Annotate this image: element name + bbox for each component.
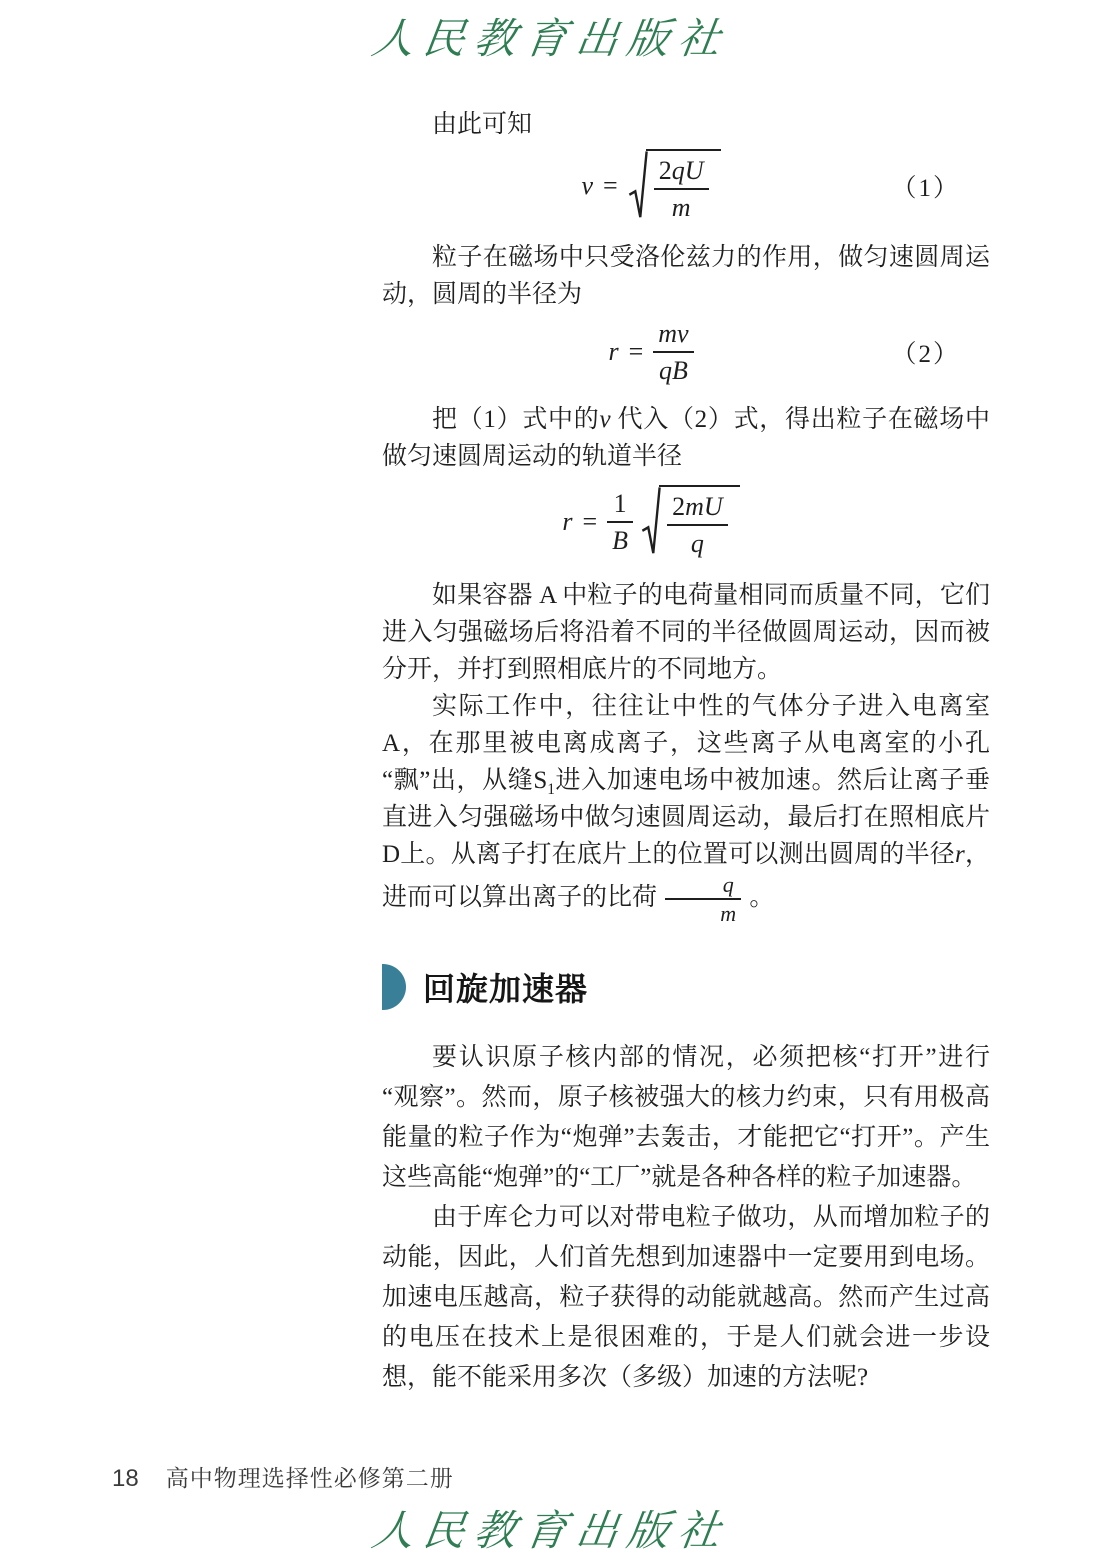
eq1-numerator: 2qU xyxy=(654,156,709,188)
equation-2-body: r = mv qB xyxy=(608,319,693,385)
eq2-fraction: mv qB xyxy=(653,319,693,385)
section-heading-cyclotron: 回旋加速器 xyxy=(382,963,990,1010)
eq3-coef-denominator: B xyxy=(607,521,633,555)
eq2-equals: = xyxy=(629,337,644,367)
eq3-denominator: q xyxy=(667,524,728,558)
eq3-fraction: 2mU q xyxy=(667,492,728,558)
paragraph-coulomb-force: 由于库仑力可以对带电粒子做功，从而增加粒子的动能，因此，人们首先想到加速器中一定… xyxy=(382,1198,990,1398)
radical-sign-icon xyxy=(641,485,661,559)
eq1-equals: = xyxy=(603,171,618,201)
paragraph-substitution: 把（1）式中的v 代入（2）式，得出粒子在磁场中做匀速圆周运动的轨道半径 xyxy=(382,401,990,475)
subscript: 1 xyxy=(547,781,555,798)
eq1-radicand: 2qU m xyxy=(646,149,721,222)
eq3-coefficient-fraction: 1 B xyxy=(607,489,633,555)
equation-3: r = 1 B 2mU q xyxy=(382,485,990,559)
section-marker-icon xyxy=(382,964,406,1010)
page-content: 由此可知 v = 2qU m （1） xyxy=(382,0,990,1398)
equation-2: r = mv qB （2） xyxy=(382,319,990,385)
equation-1-body: v = 2qU m xyxy=(582,149,721,223)
textbook-page: 人民教育出版社 由此可知 v = 2qU m xyxy=(0,0,1102,1559)
eq3-equals: = xyxy=(583,507,598,537)
inline-math: v xyxy=(599,406,610,433)
eq3-square-root: 2mU q xyxy=(641,485,740,559)
inline-math: r xyxy=(955,841,965,868)
eq1-lhs: v xyxy=(582,171,594,201)
equation-2-number: （2） xyxy=(891,334,960,370)
eq2-numerator: mv xyxy=(653,319,693,351)
inline-fraction: qm xyxy=(665,873,741,925)
eq3-radicand: 2mU q xyxy=(659,485,740,558)
section-title: 回旋加速器 xyxy=(423,964,588,1010)
eq3-num-vars: mU xyxy=(685,492,723,521)
eq3-num-coeff: 2 xyxy=(672,492,685,521)
eq1-square-root: 2qU m xyxy=(628,149,721,223)
page-footer: 18 高中物理选择性必修第二册 xyxy=(112,1460,454,1493)
eq2-lhs: r xyxy=(608,337,618,367)
book-title: 高中物理选择性必修第二册 xyxy=(166,1460,454,1493)
eq1-num-coeff: 2 xyxy=(659,156,672,185)
paragraph-practical-work: 实际工作中，往往让中性的气体分子进入电离室A，在那里被电离成离子，这些离子从电离… xyxy=(382,688,990,925)
equation-1: v = 2qU m （1） xyxy=(382,149,990,223)
eq3-coef-numerator: 1 xyxy=(607,489,633,521)
eq1-denominator: m xyxy=(654,188,709,222)
eq3-lhs: r xyxy=(562,507,572,537)
intro-text: 由此可知 xyxy=(382,106,990,143)
eq3-numerator: 2mU xyxy=(667,492,728,524)
paragraph-nucleus: 要认识原子核内部的情况，必须把核“打开”进行“观察”。然而，原子核被强大的核力约… xyxy=(382,1038,990,1198)
eq1-fraction: 2qU m xyxy=(654,156,709,222)
equation-3-body: r = 1 B 2mU q xyxy=(562,485,739,559)
eq2-denominator: qB xyxy=(653,351,693,385)
publisher-logo-bottom: 人民教育出版社 xyxy=(0,1498,1102,1558)
equation-1-number: （1） xyxy=(891,168,960,204)
paragraph-circular-motion: 粒子在磁场中只受洛伦兹力的作用，做匀速圆周运动，圆周的半径为 xyxy=(382,239,990,313)
eq1-num-vars: qU xyxy=(672,156,704,185)
radical-sign-icon xyxy=(628,149,648,223)
paragraph-mass-separation: 如果容器 A 中粒子的电荷量相同而质量不同，它们进入匀强磁场后将沿着不同的半径做… xyxy=(382,577,990,688)
page-number: 18 xyxy=(112,1465,139,1493)
